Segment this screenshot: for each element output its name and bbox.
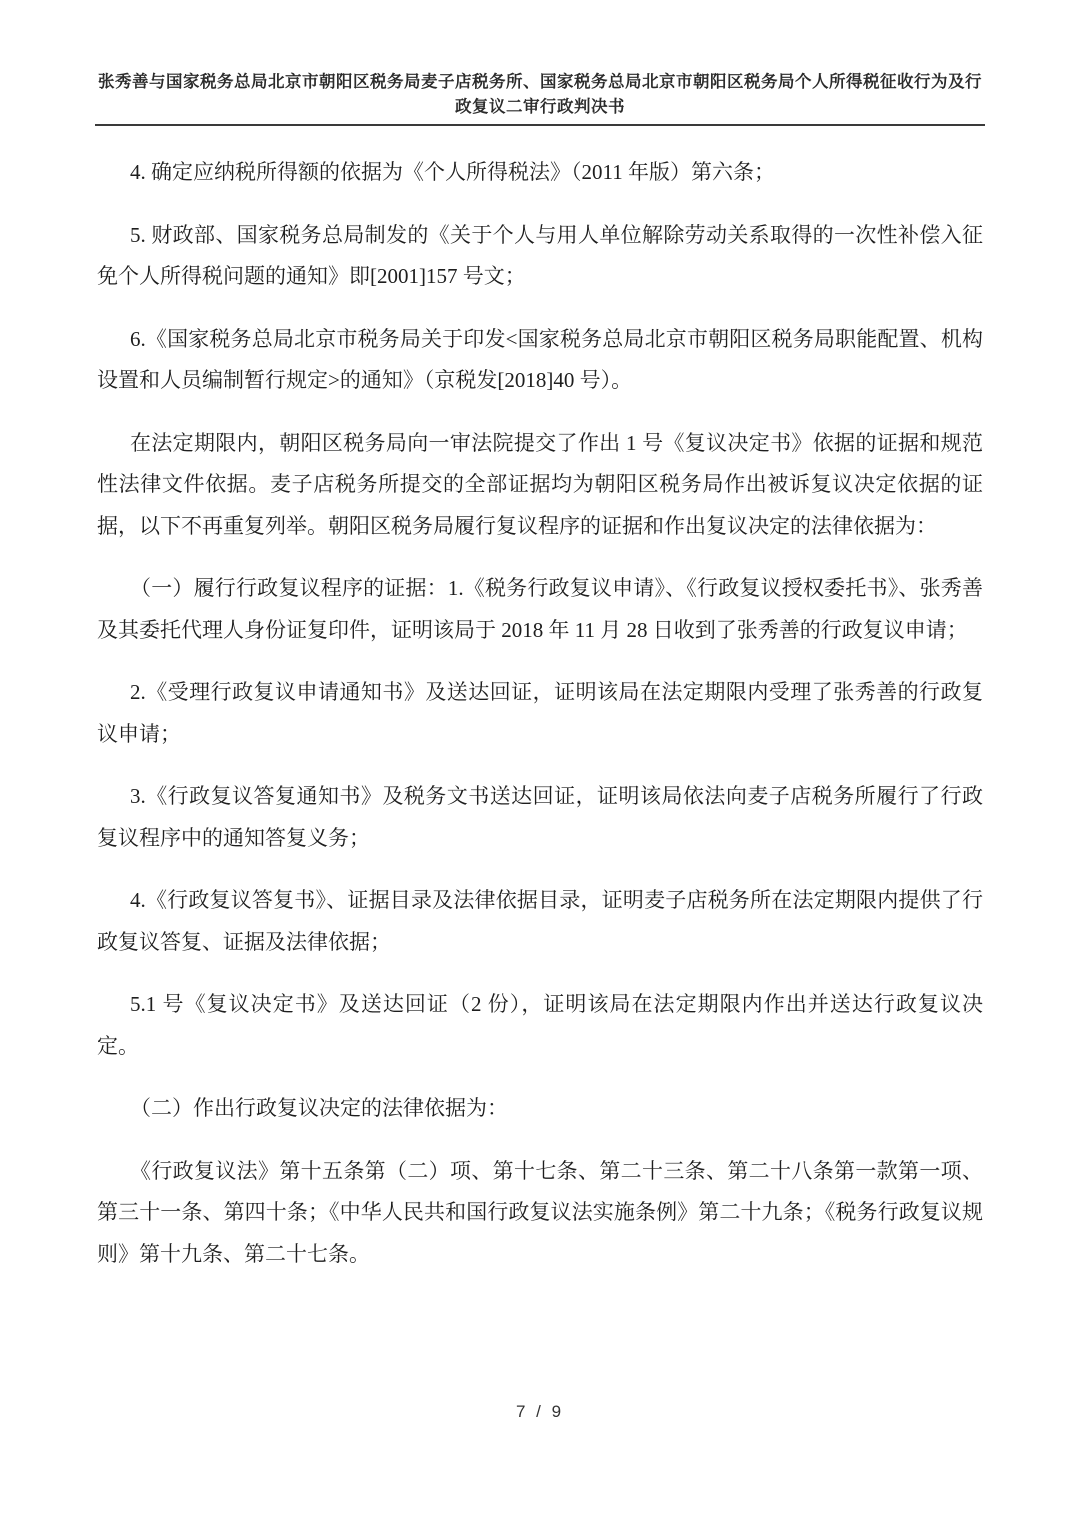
body-paragraph: 在法定期限内，朝阳区税务局向一审法院提交了作出 1 号《复议决定书》依据的证据和… (97, 423, 983, 548)
body-paragraph: 5.1 号《复议决定书》及送达回证（2 份），证明该局在法定期限内作出并送达行政… (97, 984, 983, 1067)
header-divider (95, 124, 985, 126)
body-paragraph: 4. 确定应纳税所得额的依据为《个人所得税法》（2011 年版）第六条； (97, 152, 983, 194)
body-paragraph: 4.《行政复议答复书》、证据目录及法律依据目录，证明麦子店税务所在法定期限内提供… (97, 880, 983, 963)
document-page: 张秀善与国家税务总局北京市朝阳区税务局麦子店税务所、国家税务总局北京市朝阳区税务… (0, 0, 1080, 1528)
document-body: 4. 确定应纳税所得额的依据为《个人所得税法》（2011 年版）第六条； 5. … (97, 152, 983, 1275)
page-number: 7 / 9 (516, 1402, 564, 1421)
body-paragraph: （一）履行行政复议程序的证据：1.《税务行政复议申请》、《行政复议授权委托书》、… (97, 568, 983, 651)
body-paragraph: （二）作出行政复议决定的法律依据为： (97, 1088, 983, 1130)
body-paragraph: 6.《国家税务总局北京市税务局关于印发<国家税务总局北京市朝阳区税务局职能配置、… (97, 319, 983, 402)
body-paragraph: 2.《受理行政复议申请通知书》及送达回证，证明该局在法定期限内受理了张秀善的行政… (97, 672, 983, 755)
document-header: 张秀善与国家税务总局北京市朝阳区税务局麦子店税务所、国家税务总局北京市朝阳区税务… (95, 0, 985, 120)
body-paragraph: 5. 财政部、国家税务总局制发的《关于个人与用人单位解除劳动关系取得的一次性补偿… (97, 215, 983, 298)
body-paragraph: 《行政复议法》第十五条第（二）项、第十七条、第二十三条、第二十八条第一款第一项、… (97, 1151, 983, 1276)
document-title: 张秀善与国家税务总局北京市朝阳区税务局麦子店税务所、国家税务总局北京市朝阳区税务… (95, 70, 985, 120)
page-footer: 7 / 9 (0, 1402, 1080, 1422)
body-paragraph: 3.《行政复议答复通知书》及税务文书送达回证，证明该局依法向麦子店税务所履行了行… (97, 776, 983, 859)
